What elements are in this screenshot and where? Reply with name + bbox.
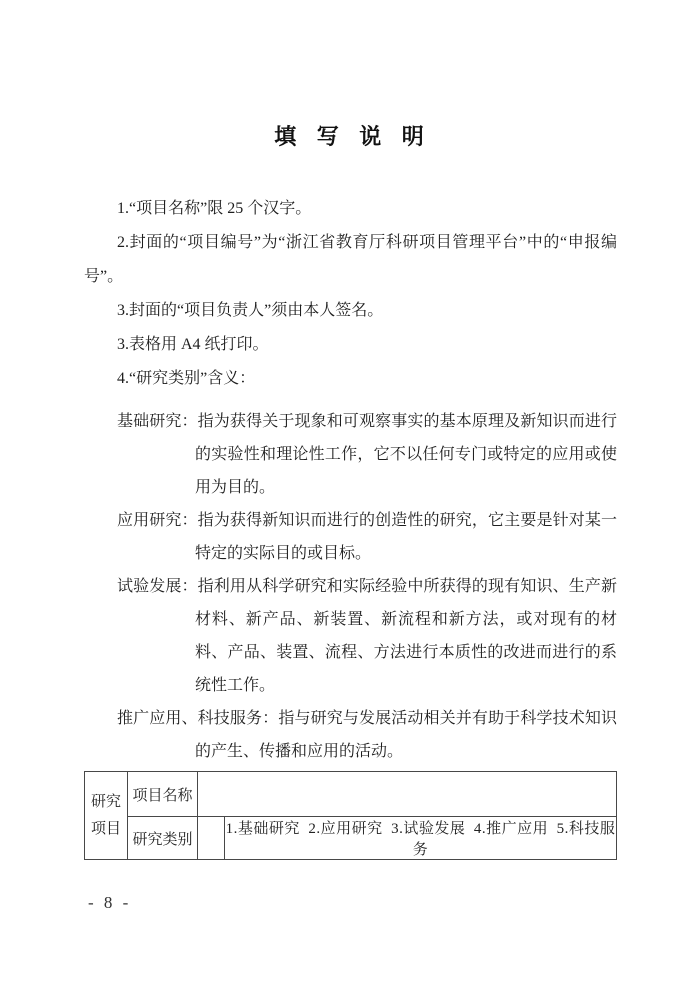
page-content: 填 写 说 明 1.“项目名称”限 25 个汉字。 2.封面的“项目编号”为“浙… — [84, 0, 617, 860]
definition-term: 推广应用、科技服务： — [117, 710, 278, 727]
definition-basic-research: 基础研究：指为获得关于现象和可观察事实的基本原理及新知识而进行的实验性和理论性工… — [84, 405, 617, 504]
research-category-label: 研究类别 — [128, 817, 198, 860]
definition-applied-research: 应用研究：指为获得新知识而进行的创造性的研究，它主要是针对某一特定的实际目的或目… — [84, 504, 617, 570]
definition-term: 试验发展： — [117, 578, 198, 595]
definition-experimental-development: 试验发展：指利用从科学研究和实际经验中所获得的现有知识、生产新材料、新产品、新装… — [84, 570, 617, 702]
research-category-options: 1.基础研究 2.应用研究 3.试验发展 4.推广应用 5.科技服务 — [225, 817, 617, 860]
page-title: 填 写 说 明 — [84, 0, 617, 150]
definition-term: 应用研究： — [117, 512, 198, 529]
definition-text: 指利用从科学研究和实际经验中所获得的现有知识、生产新材料、新产品、新装置、新流程… — [195, 578, 617, 694]
project-name-value-cell — [198, 772, 617, 817]
instruction-list: 1.“项目名称”限 25 个汉字。 2.封面的“项目编号”为“浙江省教育厅科研项… — [84, 192, 617, 396]
research-category-value-cell — [198, 817, 225, 860]
instruction-item-3: 3.封面的“项目负责人”须由本人签名。 — [84, 294, 617, 328]
instruction-item-2: 2.封面的“项目编号”为“浙江省教育厅科研项目管理平台”中的“申报编号”。 — [84, 226, 617, 294]
definition-text: 指为获得新知识而进行的创造性的研究，它主要是针对某一特定的实际目的或目标。 — [195, 512, 617, 562]
definition-promotion-service: 推广应用、科技服务：指与研究与发展活动相关并有助于科学技术知识的产生、传播和应用… — [84, 702, 617, 768]
instruction-item-4: 3.表格用 A4 纸打印。 — [84, 328, 617, 362]
instruction-item-1: 1.“项目名称”限 25 个汉字。 — [84, 192, 617, 226]
definition-term: 基础研究： — [117, 413, 198, 430]
project-name-label: 项目名称 — [128, 772, 198, 817]
definition-text: 指为获得关于现象和可观察事实的基本原理及新知识而进行的实验性和理论性工作，它不以… — [195, 413, 617, 496]
instruction-item-5: 4.“研究类别”含义： — [84, 362, 617, 396]
row-header-research-project: 研究 项目 — [85, 772, 128, 860]
research-category-definitions: 基础研究：指为获得关于现象和可观察事实的基本原理及新知识而进行的实验性和理论性工… — [84, 405, 617, 768]
page-number: - 8 - — [88, 893, 131, 913]
form-table: 研究 项目 项目名称 研究类别 1.基础研究 2.应用研究 3.试验发展 4.推… — [84, 771, 617, 860]
row-header-line2: 项目 — [85, 816, 127, 843]
row-header-line1: 研究 — [85, 789, 127, 816]
document-page: 填 写 说 明 1.“项目名称”限 25 个汉字。 2.封面的“项目编号”为“浙… — [0, 0, 700, 990]
